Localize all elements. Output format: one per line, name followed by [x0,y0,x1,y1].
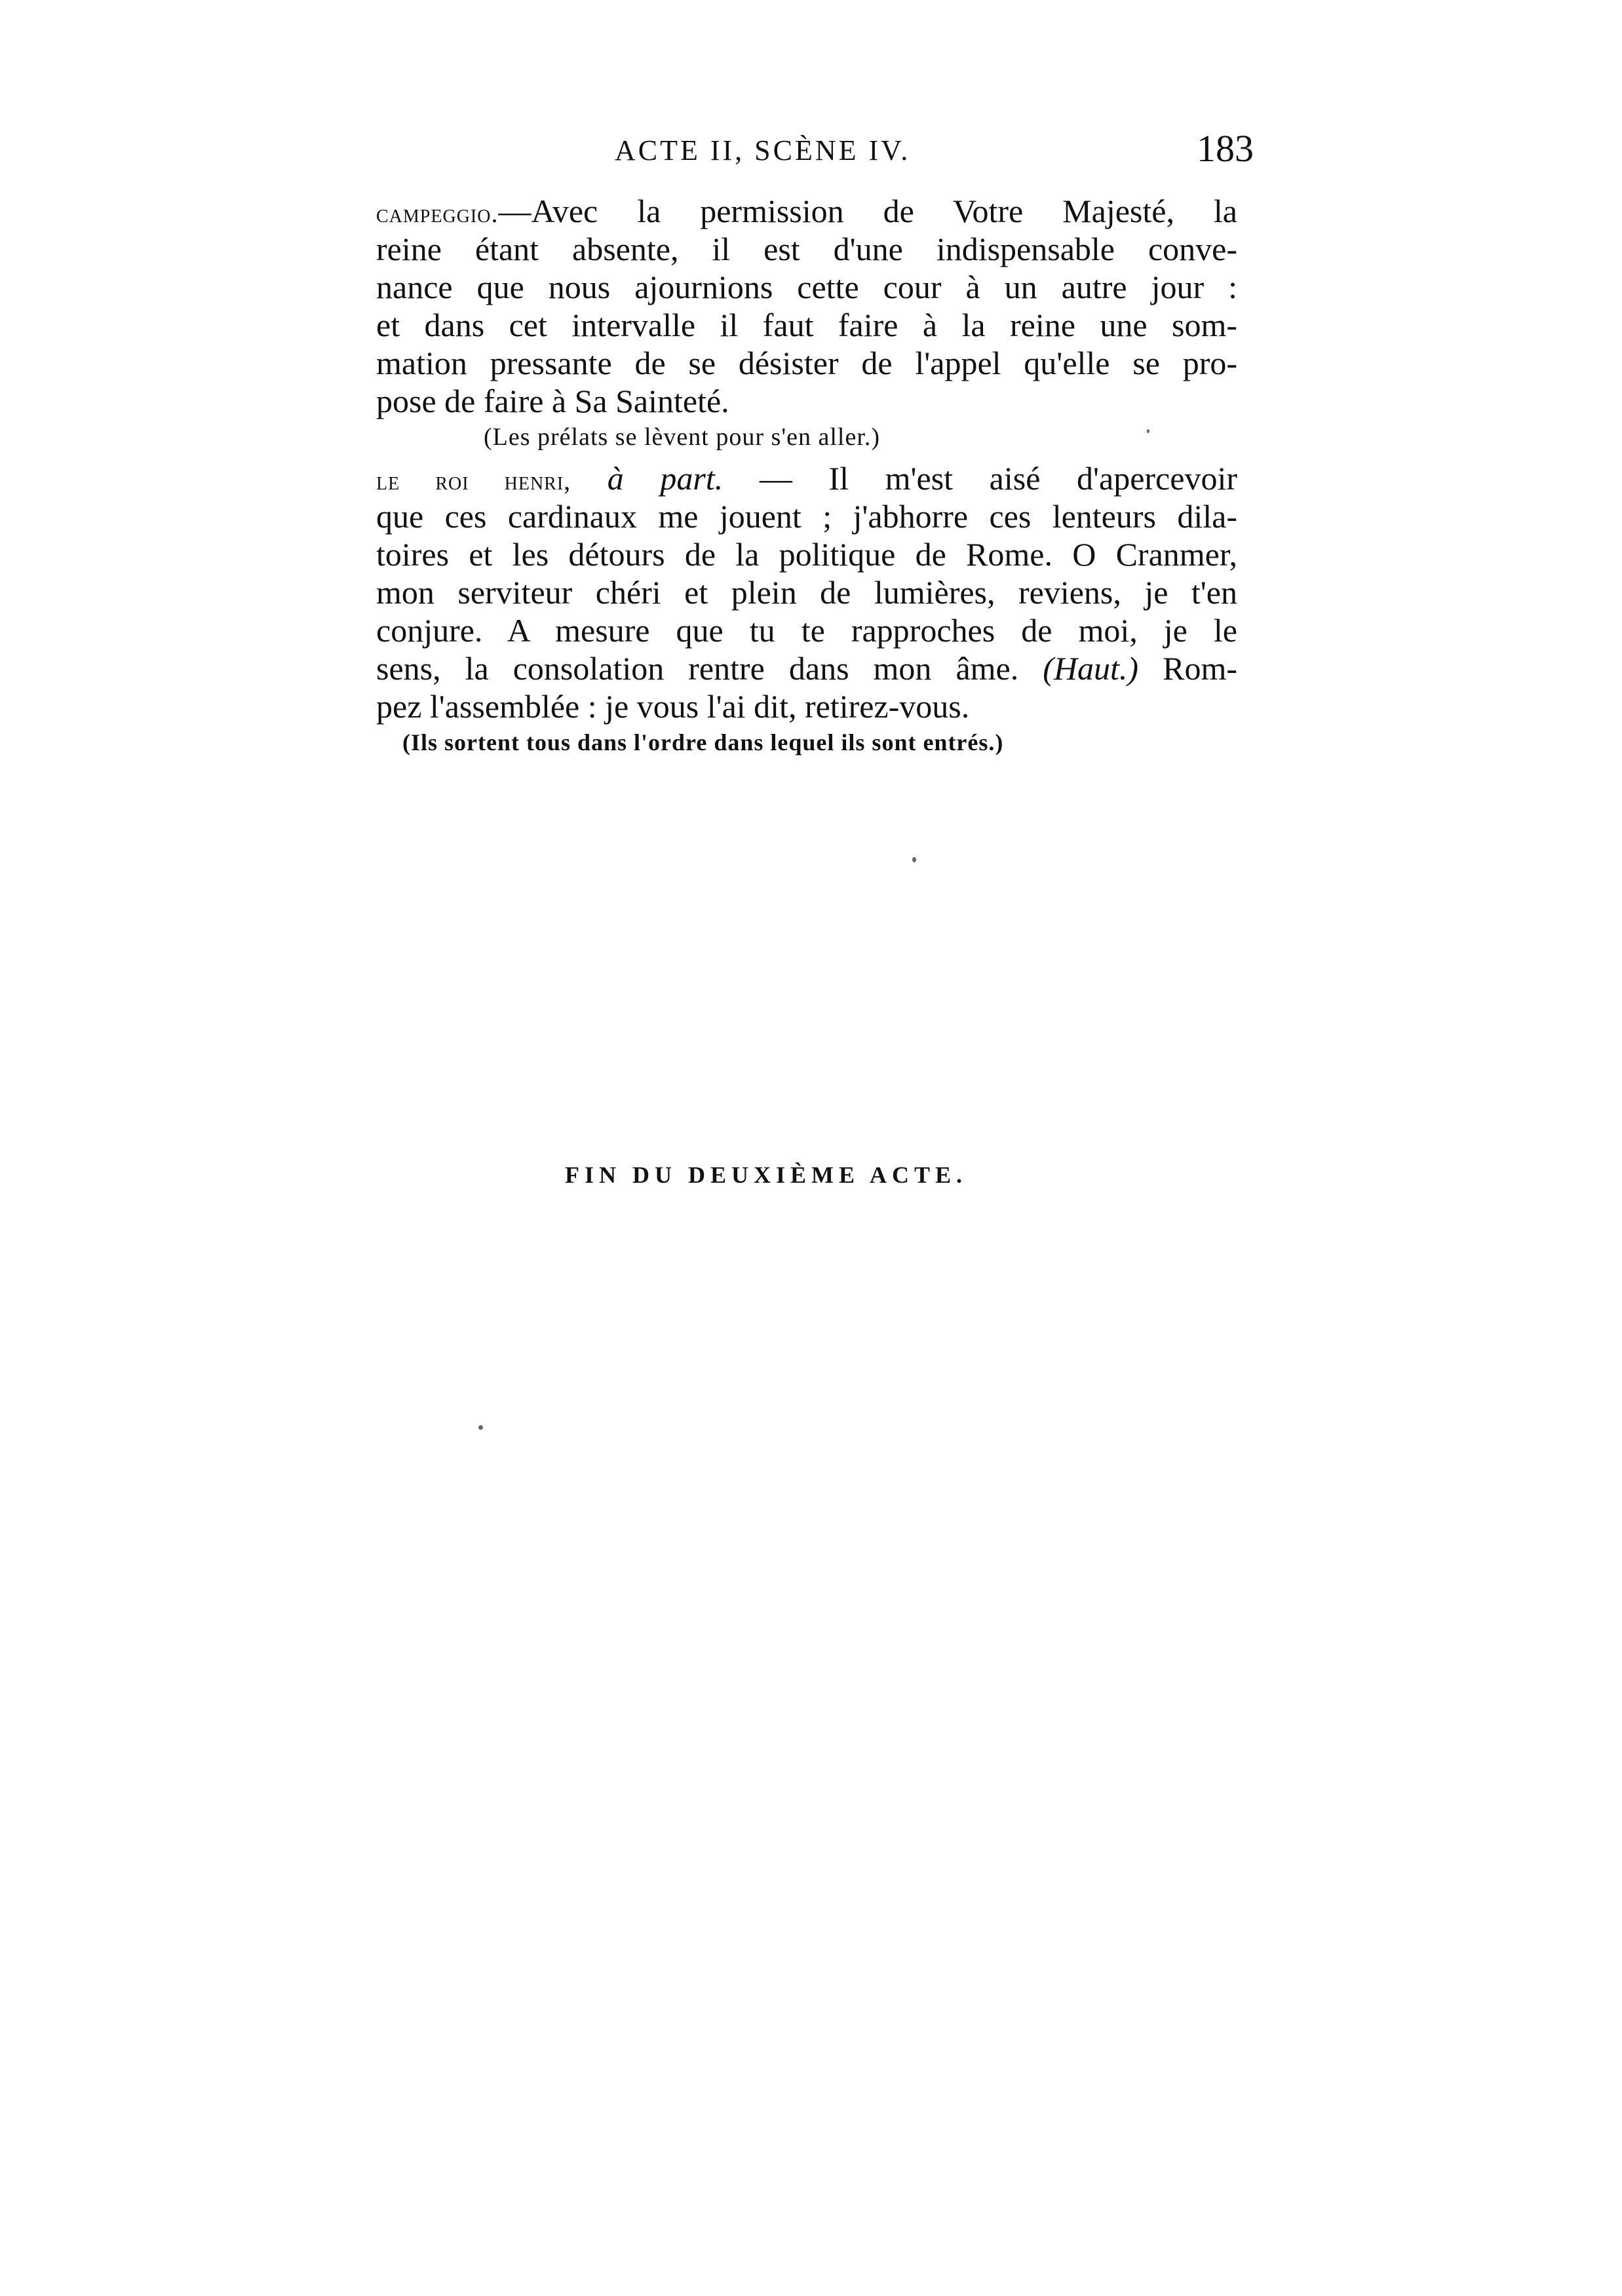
speech-le-roi-henri: LE ROI HENRI, à part. — Il m'est aisé d'… [376,459,1237,725]
text-body: CAMPEGGIO.—Avec la permission de Votre M… [376,192,1237,761]
stage-direction: (Les prélats se lèvent pour s'en aller.) [376,420,1237,455]
speech-text: sens, la consolation rentre dans mon âme… [376,650,1018,687]
running-title: ACTE II, SCÈNE IV. [615,131,910,170]
text-line: mation pressante de se désister de l'app… [376,344,1237,382]
speech-text: —Avec la permission de Votre Majesté, la [498,193,1237,229]
speaker-name: LE ROI HENRI, [376,466,571,495]
text-line: mon serviteur chéri et plein de lumières… [376,573,1237,611]
text-line: conjure. A mesure que tu te rapproches d… [376,611,1237,649]
speech-text: Rom- [1163,650,1237,687]
speech-campeggio: CAMPEGGIO.—Avec la permission de Votre M… [376,192,1237,420]
text-line: LE ROI HENRI, à part. — Il m'est aisé d'… [376,459,1237,497]
text-line: sens, la consolation rentre dans mon âme… [376,649,1237,687]
text-line: nance que nous ajournions cette cour à u… [376,268,1237,306]
aside-direction: à part. [608,460,723,497]
end-of-act-title: FIN DU DEUXIÈME ACTE. [565,1161,1024,1189]
speech-text: — Il m'est aisé d'apercevoir [760,460,1237,497]
text-line: pose de faire à Sa Sainteté. [376,382,1237,420]
text-line: toires et les détours de la politique de… [376,535,1237,573]
text-line: reine étant absente, il est d'une indisp… [376,230,1237,268]
text-line: et dans cet intervalle il faut faire à l… [376,306,1237,344]
print-speck [912,857,916,862]
text-line: que ces cardinaux me jouent ; j'abhorre … [376,497,1237,535]
speaker-name: CAMPEGGIO. [376,199,498,228]
print-speck [478,1425,483,1430]
text-line: pez l'assemblée : je vous l'ai dit, reti… [376,687,1237,725]
inline-direction: (Haut.) [1043,650,1138,687]
print-speck [1147,429,1149,433]
page-number: 183 [1197,127,1254,170]
text-line: CAMPEGGIO.—Avec la permission de Votre M… [376,192,1237,230]
page-header: ACTE II, SCÈNE IV. 183 [0,131,1622,170]
stage-direction: (Ils sortent tous dans l'ordre dans lequ… [376,725,1237,761]
